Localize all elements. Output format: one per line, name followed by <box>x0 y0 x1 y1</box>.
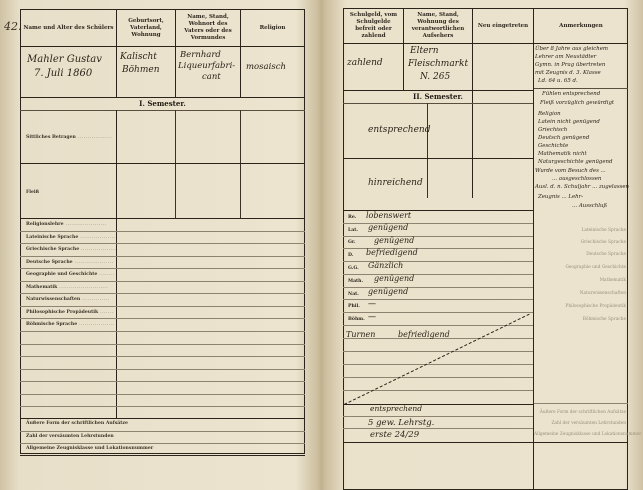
grade-abbr-natural: Nat. <box>348 292 359 297</box>
father-name: Bernhard <box>180 50 221 60</box>
row-divider <box>20 163 305 164</box>
remark-line: Latein nicht genügend <box>538 119 600 125</box>
footer-essay-form: Äußere Form der schriftlichen Aufsätze <box>26 421 128 426</box>
subject-mathematics: Mathematik ......................... <box>26 285 108 290</box>
remark-line: Über 8 Jahre aus gleichem <box>535 46 608 52</box>
religion-value: mosaisch <box>246 62 286 72</box>
grade-gymnastics: befriedigend <box>398 330 450 339</box>
bleed-text: Griechische Sprache <box>534 240 626 245</box>
guardian-line3: N. 265 <box>420 72 450 82</box>
label-conduct: Sittliches Betragen .................. <box>26 135 113 140</box>
row-divider <box>20 218 305 219</box>
bleed-text: Mathematik <box>534 278 626 283</box>
semester-title: I. Semester. <box>20 97 305 110</box>
grade-philosophy: — <box>368 299 376 308</box>
header-guardian: Name, Stand, Wohnung des verantwortliche… <box>404 9 472 43</box>
remark-line: Ausl. d. n. Schuljahr ... zugelassen <box>535 184 629 190</box>
remark-line: Wurde vom Besuch des ... <box>535 168 606 174</box>
col-divider <box>175 110 176 218</box>
col-divider <box>533 8 534 490</box>
semester-title: II. Semester. <box>343 90 533 103</box>
footer-missed-lessons-value: 5 gew. Lehrstg. <box>368 418 434 428</box>
grade-abbr-bohemian: Böhm. <box>348 317 365 322</box>
subject-religion: Religionslehre ..................... <box>26 222 107 227</box>
left-page: 42. Name und Alter des Schülers Geburtso… <box>0 0 320 490</box>
conduct-grade: entsprechend <box>368 125 430 135</box>
grade-religion: lobenswert <box>366 211 411 220</box>
grade-german: befriedigend <box>366 248 418 257</box>
header-remarks: Anmerkungen <box>534 9 628 43</box>
subject-german: Deutsche Sprache .................... <box>26 260 114 265</box>
remark-line: Griechisch <box>538 127 567 133</box>
header-religion: Religion <box>241 10 304 46</box>
remark-line: ... Ausschluß <box>572 203 607 209</box>
father-occupation-cont: cant <box>202 72 221 82</box>
remark-line: Ld. 64 u. 65 d. <box>538 78 578 84</box>
remark-line: Naturgeschichte genügend <box>538 159 612 165</box>
header-father: Name, Stand, Wohnort des Vaters oder des… <box>176 10 240 46</box>
grade-greek: genügend <box>374 236 414 245</box>
guardian-line2: Fleischmarkt <box>408 59 468 69</box>
subject-geography-history: Geographie und Geschichte ........ <box>26 272 115 277</box>
grade-abbr-philosophy: Phil. <box>348 304 360 309</box>
col-divider <box>240 110 241 218</box>
subject-greek: Griechische Sprache .................. <box>26 247 116 252</box>
page-number: 42. <box>4 20 22 33</box>
grade-abbr-math: Math. <box>348 279 363 284</box>
father-occupation: Liqueurfabri- <box>178 61 235 71</box>
remark-line: Geschichte <box>538 143 568 149</box>
grade-abbr-religion: Re. <box>348 215 356 220</box>
tuition-value: zahlend <box>347 58 383 68</box>
header-new: Neu eingetreten <box>473 9 533 43</box>
footer-general-class: Allgemeine Zeugnisklasse und Lokationsnu… <box>26 446 153 451</box>
bleed-text: Naturwissenschaften <box>534 291 626 296</box>
label-diligence: Fleiß <box>26 190 39 195</box>
header-tuition: Schulgeld, vom Schulgelde befreit oder z… <box>344 9 403 43</box>
bleed-text: Geographie und Geschichte <box>534 265 626 270</box>
footer-essay-form-value: entsprechend <box>370 404 422 413</box>
grade-latin: genügend <box>368 223 408 232</box>
right-page: Schulgeld, vom Schulgelde befreit oder z… <box>322 0 643 490</box>
grade-abbr-geo-hist: G.G. <box>348 266 359 271</box>
remark-line: Gymn. in Prag übertreten <box>535 62 605 68</box>
remark-line: Lehrer am Neustädter <box>535 54 596 60</box>
col-divider <box>116 110 117 418</box>
remark-line: mit Zeugnis d. 3. Klasse <box>535 70 601 76</box>
remark-line: Zeugnis ... Lehr- <box>538 194 583 200</box>
grade-abbr-latin: Lat. <box>348 228 358 233</box>
bleed-text: Zahl der versäumten Lehrstunden <box>534 421 626 426</box>
student-birthdate: 7. Juli 1860 <box>34 68 92 79</box>
remark-line: Fleiß vorzüglich gewürdigt <box>540 100 614 106</box>
bleed-text: Deutsche Sprache <box>534 252 626 257</box>
bleed-text: Lateinische Sprache <box>534 228 626 233</box>
remark-line: Mathematik nicht <box>538 151 587 157</box>
subject-latin: Lateinische Sprache .................. <box>26 235 116 240</box>
diligence-grade: hinreichend <box>368 178 423 188</box>
footer-missed-lessons: Zahl der versäumten Lehrstunden <box>26 434 114 439</box>
grade-natural: genügend <box>368 287 408 296</box>
guardian-line1: Eltern <box>410 46 439 56</box>
remark-line: Deutsch genügend <box>538 135 589 141</box>
subject-philosophy: Philosophische Propädeutik ....... <box>26 310 114 315</box>
grade-geo-hist: Gänzlich <box>368 261 403 270</box>
bleed-text: Äußere Form der schriftlichen Aufsätze <box>534 410 626 415</box>
grade-abbr-greek: Gr. <box>348 240 356 245</box>
grade-abbr-german: D. <box>348 253 353 258</box>
bleed-text: Böhmische Sprache <box>534 317 626 322</box>
header-birthplace: Geburtsort, Vaterland, Wohnung <box>117 10 175 46</box>
remark-line: Fühlen entsprechend <box>542 91 600 97</box>
remark-line: Religion <box>538 111 561 117</box>
bleed-text: Philosophische Propädeutik <box>534 304 626 309</box>
student-name: Mahler Gustav <box>27 54 102 65</box>
grade-math: genügend <box>374 274 414 283</box>
grade-label-gymnastics: Turnen <box>346 330 375 339</box>
ledger-spread: 42. Name und Alter des Schülers Geburtso… <box>0 0 643 490</box>
header-name-age: Name und Alter des Schülers <box>21 10 116 46</box>
birthplace-country: Böhmen <box>122 65 160 75</box>
row-divider <box>20 46 305 47</box>
grade-bohemian: — <box>368 312 376 321</box>
bleed-text: Allgemeine Zeugnisklasse und Lokationsnu… <box>534 432 626 437</box>
row-divider <box>20 110 305 111</box>
birthplace-value: Kalischt <box>120 52 157 62</box>
footer-general-class-value: erste 24/29 <box>370 430 419 440</box>
subject-bohemian: Böhmische Sprache .................. <box>26 322 114 327</box>
remark-line: ... ausgeschlossen <box>552 176 601 182</box>
subject-natural-sciences: Naturwissenschaften .............. <box>26 297 110 302</box>
